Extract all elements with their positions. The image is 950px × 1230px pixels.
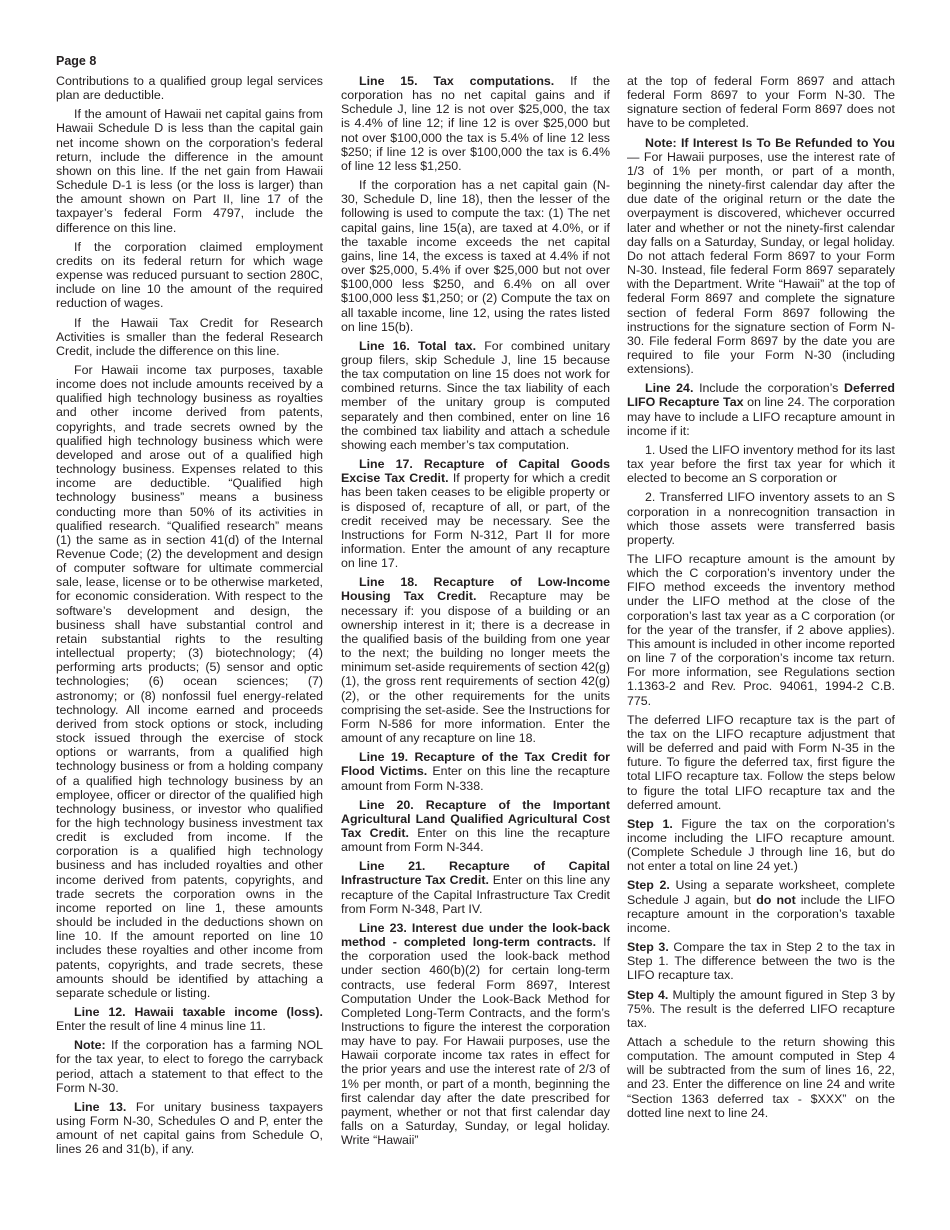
paragraph: If the corporation claimed employment cr… xyxy=(56,240,323,311)
paragraph-heading: Line 24. xyxy=(645,381,693,395)
paragraph-text: 1. Used the LIFO inventory method for it… xyxy=(627,443,895,485)
paragraph: For Hawaii income tax purposes, taxable … xyxy=(56,363,323,1000)
paragraph: at the top of federal Form 8697 and atta… xyxy=(627,74,895,131)
paragraph-text: Contributions to a qualified group legal… xyxy=(56,74,323,102)
paragraph-text: If the corporation claimed employment cr… xyxy=(56,240,323,311)
paragraph: Line 18. Recapture of Low-Income Housing… xyxy=(341,575,610,745)
paragraph-text: If property for which a credit has been … xyxy=(341,471,610,570)
paragraph-text: If the corporation has no net capital ga… xyxy=(341,74,610,173)
paragraph: Step 2. Using a separate worksheet, comp… xyxy=(627,878,895,935)
paragraph: The LIFO recapture amount is the amount … xyxy=(627,552,895,708)
paragraph-text: Multiply the amount figured in Step 3 by… xyxy=(627,988,895,1030)
paragraph: Step 4. Multiply the amount figured in S… xyxy=(627,988,895,1030)
column-middle: Line 15. Tax computations. If the corpor… xyxy=(341,74,610,1152)
paragraph: Line 20. Recapture of the Important Agri… xyxy=(341,798,610,855)
column-right: at the top of federal Form 8697 and atta… xyxy=(627,74,895,1125)
paragraph: Step 1. Figure the tax on the corporatio… xyxy=(627,817,895,874)
paragraph: Contributions to a qualified group legal… xyxy=(56,74,323,102)
paragraph: Note: If Interest Is To Be Refunded to Y… xyxy=(627,136,895,377)
paragraph-text: The deferred LIFO recapture tax is the p… xyxy=(627,713,895,812)
paragraph-heading: Line 13. xyxy=(74,1100,126,1114)
paragraph: Line 23. Interest due under the look-bac… xyxy=(341,921,610,1148)
paragraph: 1. Used the LIFO inventory method for it… xyxy=(627,443,895,485)
paragraph: Line 24. Include the corporation’s Defer… xyxy=(627,381,895,438)
paragraph-heading: Line 15. Tax computations. xyxy=(359,74,554,88)
paragraph: If the Hawaii Tax Credit for Research Ac… xyxy=(56,316,323,358)
paragraph: Line 13. For unitary business taxpayers … xyxy=(56,1100,323,1157)
paragraph: If the amount of Hawaii net capital gain… xyxy=(56,107,323,234)
paragraph: Attach a schedule to the return showing … xyxy=(627,1035,895,1120)
paragraph-text: Recapture may be necessary if: you dispo… xyxy=(341,589,610,745)
paragraph-heading: Line 16. Total tax. xyxy=(359,339,476,353)
paragraph-text: Enter the result of line 4 minus line 11… xyxy=(56,1019,266,1033)
paragraph: Line 12. Hawaii taxable income (loss). E… xyxy=(56,1005,323,1033)
paragraph: Line 16. Total tax. For combined unitary… xyxy=(341,339,610,452)
paragraph-heading: Step 1. xyxy=(627,817,673,831)
paragraph: Note: If the corporation has a farming N… xyxy=(56,1038,323,1095)
paragraph: Step 3. Compare the tax in Step 2 to the… xyxy=(627,940,895,982)
paragraph-text: If the Hawaii Tax Credit for Research Ac… xyxy=(56,316,323,358)
paragraph-heading: Line 12. Hawaii taxable income (loss). xyxy=(74,1005,323,1019)
paragraph-text: For Hawaii income tax purposes, taxable … xyxy=(56,363,323,1000)
paragraph: Line 17. Recapture of Capital Goods Exci… xyxy=(341,457,610,570)
paragraph-heading: Step 3. xyxy=(627,940,669,954)
paragraph-text: If the corporation used the look-back me… xyxy=(341,935,610,1147)
paragraph-text: 2. Transferred LIFO inventory assets to … xyxy=(627,490,895,546)
paragraph-heading: Line 23. Interest due under the look-bac… xyxy=(341,921,610,949)
paragraph-text: — For Hawaii purposes, use the interest … xyxy=(627,150,895,376)
paragraph-text: Attach a schedule to the return showing … xyxy=(627,1035,895,1120)
column-left: Contributions to a qualified group legal… xyxy=(56,74,323,1162)
emphasis-text: do not xyxy=(756,893,796,907)
paragraph-heading: Note: If Interest Is To Be Refunded to Y… xyxy=(645,136,895,150)
paragraph-text: The LIFO recapture amount is the amount … xyxy=(627,552,895,708)
paragraph-text: If the amount of Hawaii net capital gain… xyxy=(56,107,323,234)
paragraph: 2. Transferred LIFO inventory assets to … xyxy=(627,490,895,547)
paragraph: The deferred LIFO recapture tax is the p… xyxy=(627,713,895,812)
paragraph: Line 19. Recapture of the Tax Credit for… xyxy=(341,750,610,792)
paragraph: Line 15. Tax computations. If the corpor… xyxy=(341,74,610,173)
paragraph-text: For combined unitary group filers, skip … xyxy=(341,339,610,452)
paragraph-heading: Step 4. xyxy=(627,988,668,1002)
paragraph-text: If the corporation has a net capital gai… xyxy=(341,178,610,334)
paragraph-text: at the top of federal Form 8697 and atta… xyxy=(627,74,895,130)
paragraph-heading: Note: xyxy=(74,1038,106,1052)
page-number: Page 8 xyxy=(56,54,96,68)
paragraph: If the corporation has a net capital gai… xyxy=(341,178,610,334)
paragraph-text: Include the corporation’s xyxy=(693,381,844,395)
paragraph-heading: Step 2. xyxy=(627,878,670,892)
paragraph: Line 21. Recapture of Capital Infrastruc… xyxy=(341,859,610,916)
